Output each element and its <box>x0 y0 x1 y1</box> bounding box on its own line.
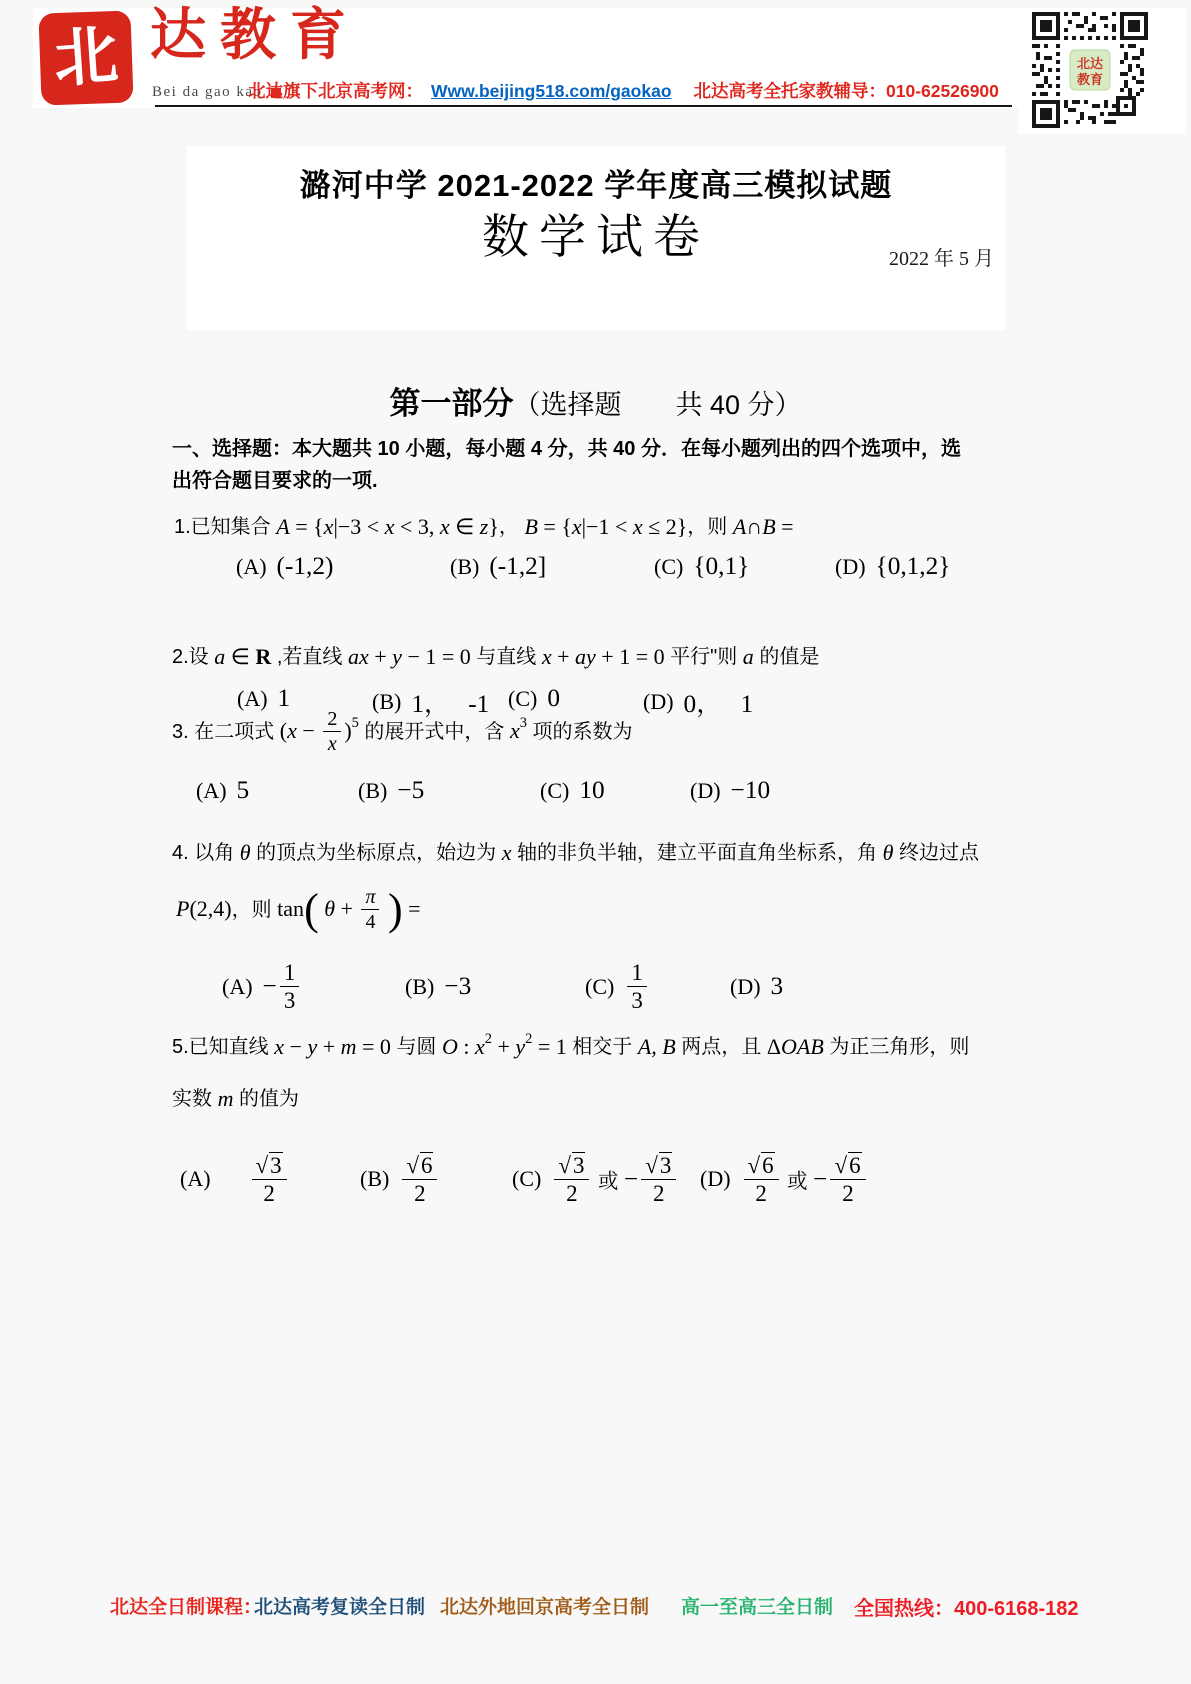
part-heading: 第一部分（选择题 共 40 分） <box>0 378 1191 423</box>
qr-code: 北达 教育 <box>1032 12 1148 128</box>
question-5-option-a: (A)√32 <box>180 1152 290 1207</box>
logo-subtitle-text: Bei da gao kao <box>152 84 263 101</box>
header-divider <box>155 105 1012 107</box>
question-5-option-b: (B)√62 <box>360 1152 440 1207</box>
instruction-line-1: 一、选择题：本大题共 10 小题，每小题 4 分，共 40 分．在每小题列出的四… <box>172 432 961 461</box>
header-tutoring-text: 北达高考全托家教辅导：010-62526900 <box>694 78 999 103</box>
exam-page: 北 达教育 Bei da gao kao 北达旗下北京高考网： Www.beij… <box>0 0 1191 1684</box>
header-site-label: 北达旗下北京高考网： <box>248 78 423 103</box>
exam-title: 潞河中学 2021-2022 学年度高三模拟试题 <box>187 160 1005 205</box>
question-3-option-c: (C)10 <box>540 776 605 805</box>
header-links-row: 北达旗下北京高考网： Www.beijing518.com/gaokao 北达高… <box>248 78 999 103</box>
question-4-stem-line1: 4. 以角 θ 的顶点为坐标原点，始边为 x 轴的非负半轴，建立平面直角坐标系，… <box>172 838 979 869</box>
question-1-stem: 1.已知集合 A = {x|−3 < x < 3, x ∈ z}， B = {x… <box>174 512 794 543</box>
logo-seal-character: 北 <box>52 24 120 92</box>
question-3-stem: 3. 在二项式 (x − 2x)5 的展开式中，含 x3 项的系数为 <box>172 708 633 755</box>
question-1-option-a: (A)(-1,2) <box>236 552 333 581</box>
question-1-option-c: (C){0,1} <box>654 552 749 581</box>
exam-subject: 数学试卷 <box>187 200 1005 267</box>
gaokao-site-link[interactable]: Www.beijing518.com/gaokao <box>431 81 672 102</box>
footer-label: 北达全日制课程： <box>110 1592 262 1619</box>
question-5-stem-line2: 实数 m 的值为 <box>172 1084 299 1115</box>
question-3-option-a: (A)5 <box>196 776 249 805</box>
question-5-stem-line1: 5.已知直线 x − y + m = 0 与圆 O : x2 + y2 = 1 … <box>172 1032 969 1063</box>
question-4-option-d: (D)3 <box>730 972 783 1001</box>
question-1-option-d: (D){0,1,2} <box>835 552 950 581</box>
footer-hotline: 全国热线：400-6168-182 <box>854 1592 1079 1621</box>
logo-seal: 北 <box>38 10 133 105</box>
question-5-option-d: (D)√62 或 −√62 <box>700 1152 869 1207</box>
part-heading-bold: 第一部分 <box>389 386 513 421</box>
question-3-option-d: (D)−10 <box>690 776 770 805</box>
part-heading-rest: （选择题 共 40 分） <box>513 390 801 420</box>
footer-item-return-beijing: 北达外地回京高考全日制 <box>440 1592 649 1619</box>
instruction-line-2: 出符合题目要求的一项. <box>172 464 378 493</box>
exam-date: 2022 年 5 月 <box>889 242 994 271</box>
question-3-option-b: (B)−5 <box>358 776 424 805</box>
qr-label-line1: 北达 <box>1077 56 1103 71</box>
title-card: 潞河中学 2021-2022 学年度高三模拟试题 数学试卷 2022 年 5 月 <box>187 146 1005 330</box>
question-2-stem: 2.设 a ∈ R ,若直线 ax + y − 1 = 0 与直线 x + ay… <box>172 642 819 673</box>
question-1-option-b: (B)(-1,2] <box>450 552 546 581</box>
footer-item-fulltime-repeat: 北达高考复读全日制 <box>254 1592 425 1619</box>
question-4-option-b: (B)−3 <box>405 972 471 1001</box>
question-5-option-c: (C)√32 或 −√32 <box>512 1152 679 1207</box>
question-2-option-d: (D)0， 1 <box>643 684 753 720</box>
footer-item-grade1-3: 高一至高三全日制 <box>681 1592 833 1619</box>
qr-label-line2: 教育 <box>1076 72 1103 87</box>
logo-brand-name: 达教育 <box>150 6 360 68</box>
question-4-stem-line2: P(2,4)，则 tan( θ + π4 ) = <box>176 886 421 933</box>
question-4-option-a: (A)−13 <box>222 960 302 1014</box>
question-4-option-c: (C)13 <box>585 960 650 1014</box>
